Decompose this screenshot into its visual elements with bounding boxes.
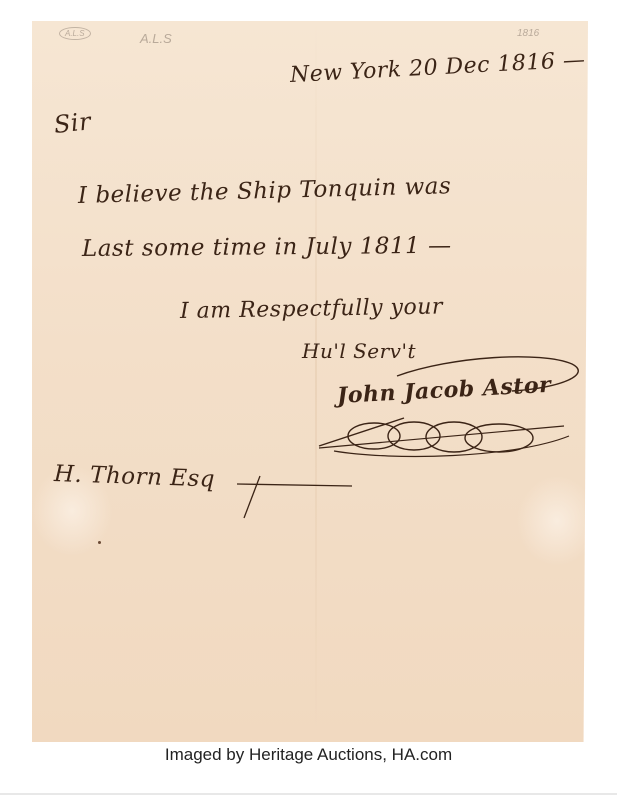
letter-signature: John Jacob Astor xyxy=(336,372,551,409)
letter-body-line-2: Last some time in July 1811 — xyxy=(82,233,452,262)
letter-closing-line-1: I am Respectfully your xyxy=(180,294,443,324)
image-credit-caption: Imaged by Heritage Auctions, HA.com xyxy=(0,745,617,765)
letter-salutation: Sir xyxy=(53,107,93,139)
pencil-year-note: 1816 xyxy=(517,28,539,39)
addressee-flourish-icon xyxy=(232,466,362,521)
ink-spot xyxy=(98,541,101,544)
letter-body-line-1: I believe the Ship Tonquin was xyxy=(78,173,452,209)
letter-addressee: H. Thorn Esq xyxy=(54,461,216,493)
pencil-als-note: A.L.S xyxy=(140,31,172,46)
signature-paraph-icon xyxy=(314,406,584,466)
letter-paper: A.L.S A.L.S 1816 New York 20 Dec 1816 — … xyxy=(32,21,588,742)
letter-dateline: New York 20 Dec 1816 — xyxy=(289,48,586,88)
paper-fold xyxy=(315,21,317,742)
pencil-circled-note: A.L.S xyxy=(59,27,91,40)
